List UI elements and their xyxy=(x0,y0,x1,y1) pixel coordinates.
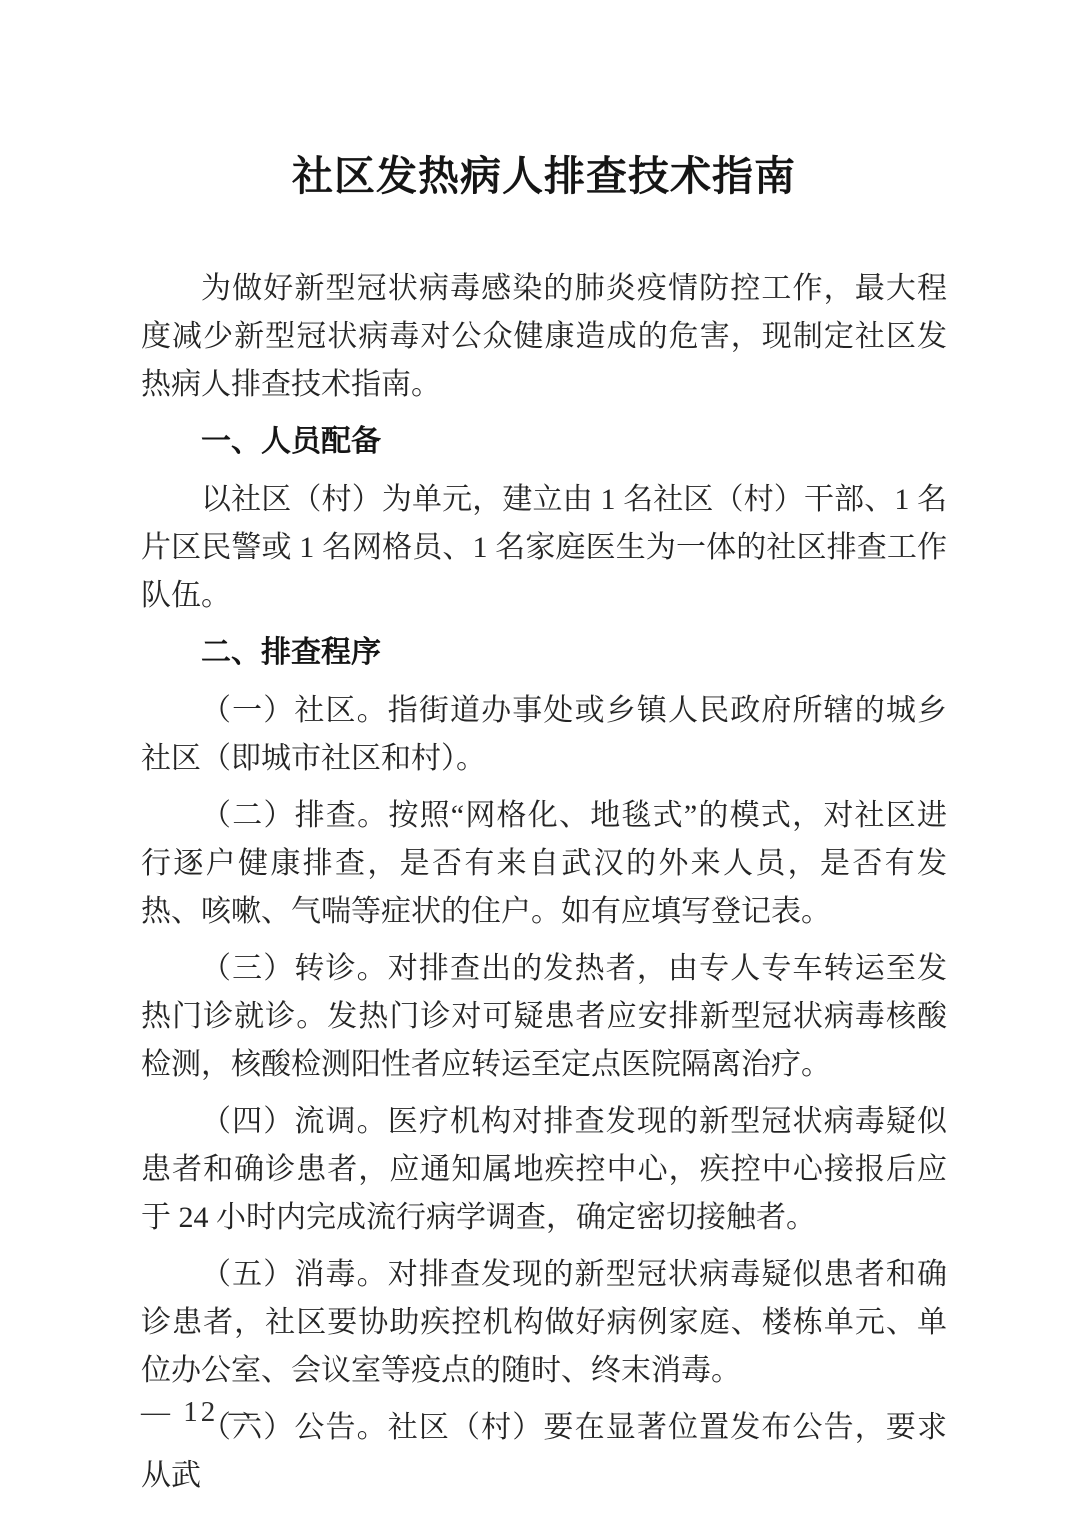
body-paragraph: 以社区（村）为单元，建立由 1 名社区（村）干部、1 名片区民警或 1 名网格员… xyxy=(141,476,947,620)
body-paragraph: （一）社区。指街道办事处或乡镇人民政府所辖的城乡社区（即城市社区和村）。 xyxy=(141,687,947,783)
document-body: 为做好新型冠状病毒感染的肺炎疫情防控工作，最大程度减少新型冠状病毒对公众健康造成… xyxy=(141,265,947,1500)
body-paragraph: （五）消毒。对排查发现的新型冠状病毒疑似患者和确诊患者，社区要协助疾控机构做好病… xyxy=(141,1251,947,1395)
body-paragraph: 为做好新型冠状病毒感染的肺炎疫情防控工作，最大程度减少新型冠状病毒对公众健康造成… xyxy=(141,265,947,409)
body-paragraph: （四）流调。医疗机构对排查发现的新型冠状病毒疑似患者和确诊患者，应通知属地疾控中… xyxy=(141,1098,947,1242)
section-heading: 二、排查程序 xyxy=(141,629,947,677)
page-number: — 12 — xyxy=(141,1392,261,1432)
body-paragraph: （三）转诊。对排查出的发热者，由专人专车转运至发热门诊就诊。发热门诊对可疑患者应… xyxy=(141,945,947,1089)
section-heading: 一、人员配备 xyxy=(141,418,947,466)
document-content: 社区发热病人排查技术指南 为做好新型冠状病毒感染的肺炎疫情防控工作，最大程度减少… xyxy=(141,152,947,1509)
document-page: 社区发热病人排查技术指南 为做好新型冠状病毒感染的肺炎疫情防控工作，最大程度减少… xyxy=(0,0,1080,1527)
body-paragraph: （二）排查。按照“网格化、地毯式”的模式，对社区进行逐户健康排查，是否有来自武汉… xyxy=(141,792,947,936)
document-title: 社区发热病人排查技术指南 xyxy=(141,152,947,201)
body-paragraph: （六）公告。社区（村）要在显著位置发布公告，要求从武 xyxy=(141,1404,947,1500)
